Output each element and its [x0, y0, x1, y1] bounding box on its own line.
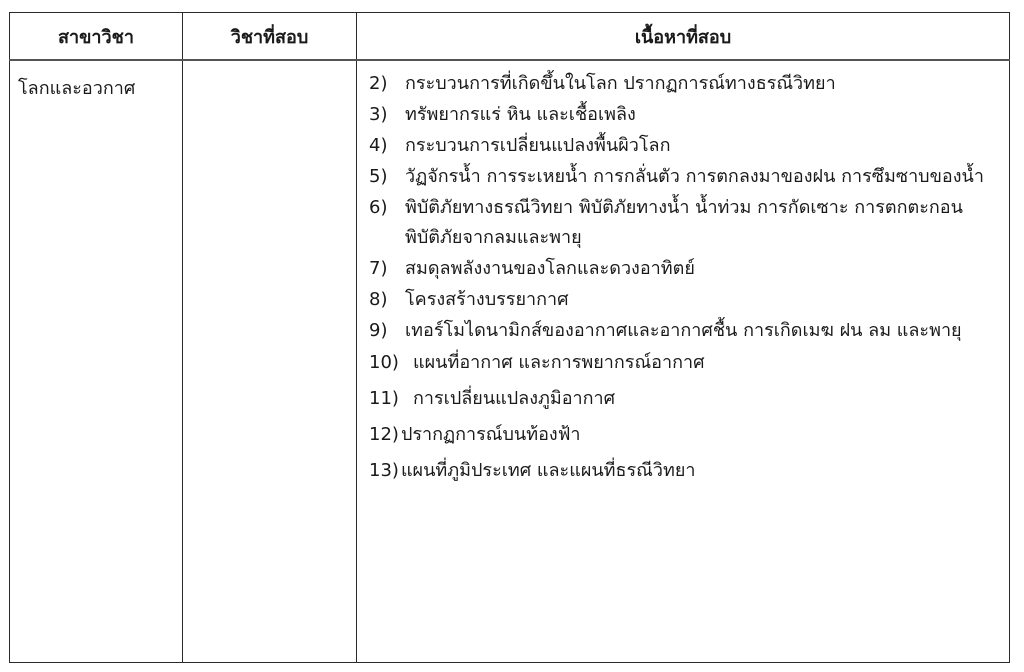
topic-item: 6) พิบัติภัยทางธรณีวิทยา พิบัติภัยทางน้ำ… [369, 193, 999, 253]
header-subject: วิชาที่สอบ [183, 13, 357, 61]
topic-text: วัฏจักรน้ำ การระเหยน้ำ การกลั่นตัว การตก… [405, 162, 999, 192]
topic-number: 6) [369, 193, 405, 253]
topic-text: โครงสร้างบรรยากาศ [405, 285, 999, 315]
topic-number: 13) [369, 455, 399, 486]
topic-list: 2) กระบวนการที่เกิดขึ้นในโลก ปรากฏการณ์ท… [369, 69, 999, 486]
topic-item: 2) กระบวนการที่เกิดขึ้นในโลก ปรากฏการณ์ท… [369, 69, 999, 99]
content-cell: 2) กระบวนการที่เกิดขึ้นในโลก ปรากฏการณ์ท… [357, 60, 1010, 663]
topic-number: 10) [369, 347, 413, 378]
topic-number: 7) [369, 254, 405, 284]
topic-number: 9) [369, 316, 405, 346]
topic-text: การเปลี่ยนแปลงภูมิอากาศ [413, 383, 999, 414]
topic-item: 7) สมดุลพลังงานของโลกและดวงอาทิตย์ [369, 254, 999, 284]
topic-text: กระบวนการที่เกิดขึ้นในโลก ปรากฏการณ์ทางธ… [405, 69, 999, 99]
header-row: สาขาวิชา วิชาที่สอบ เนื้อหาที่สอบ [10, 13, 1010, 61]
topic-number: 12) [369, 419, 399, 450]
topic-text: กระบวนการเปลี่ยนแปลงพื้นผิวโลก [405, 131, 999, 161]
topic-item: 12) ปรากฏการณ์บนท้องฟ้า [369, 419, 999, 450]
topic-item: 11) การเปลี่ยนแปลงภูมิอากาศ [369, 383, 999, 414]
topic-item: 10) แผนที่อากาศ และการพยากรณ์อากาศ [369, 347, 999, 378]
topic-text: ปรากฏการณ์บนท้องฟ้า [401, 419, 999, 450]
topic-number: 3) [369, 100, 405, 130]
header-branch: สาขาวิชา [10, 13, 183, 61]
header-content: เนื้อหาที่สอบ [357, 13, 1010, 61]
topic-number: 4) [369, 131, 405, 161]
topic-item: 8) โครงสร้างบรรยากาศ [369, 285, 999, 315]
topic-item: 5) วัฏจักรน้ำ การระเหยน้ำ การกลั่นตัว กา… [369, 162, 999, 192]
topic-item: 4) กระบวนการเปลี่ยนแปลงพื้นผิวโลก [369, 131, 999, 161]
subject-cell [183, 60, 357, 663]
topic-number: 11) [369, 383, 413, 414]
topic-number: 2) [369, 69, 405, 99]
topic-item: 13) แผนที่ภูมิประเทศ และแผนที่ธรณีวิทยา [369, 455, 999, 486]
topic-number: 8) [369, 285, 405, 315]
topic-item: 3) ทรัพยากรแร่ หิน และเชื้อเพลิง [369, 100, 999, 130]
branch-cell: โลกและอวกาศ [10, 60, 183, 663]
topic-item: 9) เทอร์โมไดนามิกส์ของอากาศและอากาศชื้น … [369, 316, 999, 346]
topic-text: พิบัติภัยทางธรณีวิทยา พิบัติภัยทางน้ำ น้… [405, 193, 999, 253]
topic-number: 5) [369, 162, 405, 192]
topic-text: แผนที่ภูมิประเทศ และแผนที่ธรณีวิทยา [401, 455, 999, 486]
table-row: โลกและอวกาศ 2) กระบวนการที่เกิดขึ้นในโลก… [10, 60, 1010, 663]
topic-text: เทอร์โมไดนามิกส์ของอากาศและอากาศชื้น การ… [405, 316, 999, 346]
exam-content-table: สาขาวิชา วิชาที่สอบ เนื้อหาที่สอบ โลกและ… [9, 12, 1010, 663]
topic-text: สมดุลพลังงานของโลกและดวงอาทิตย์ [405, 254, 999, 284]
topic-text: แผนที่อากาศ และการพยากรณ์อากาศ [413, 347, 999, 378]
topic-text: ทรัพยากรแร่ หิน และเชื้อเพลิง [405, 100, 999, 130]
